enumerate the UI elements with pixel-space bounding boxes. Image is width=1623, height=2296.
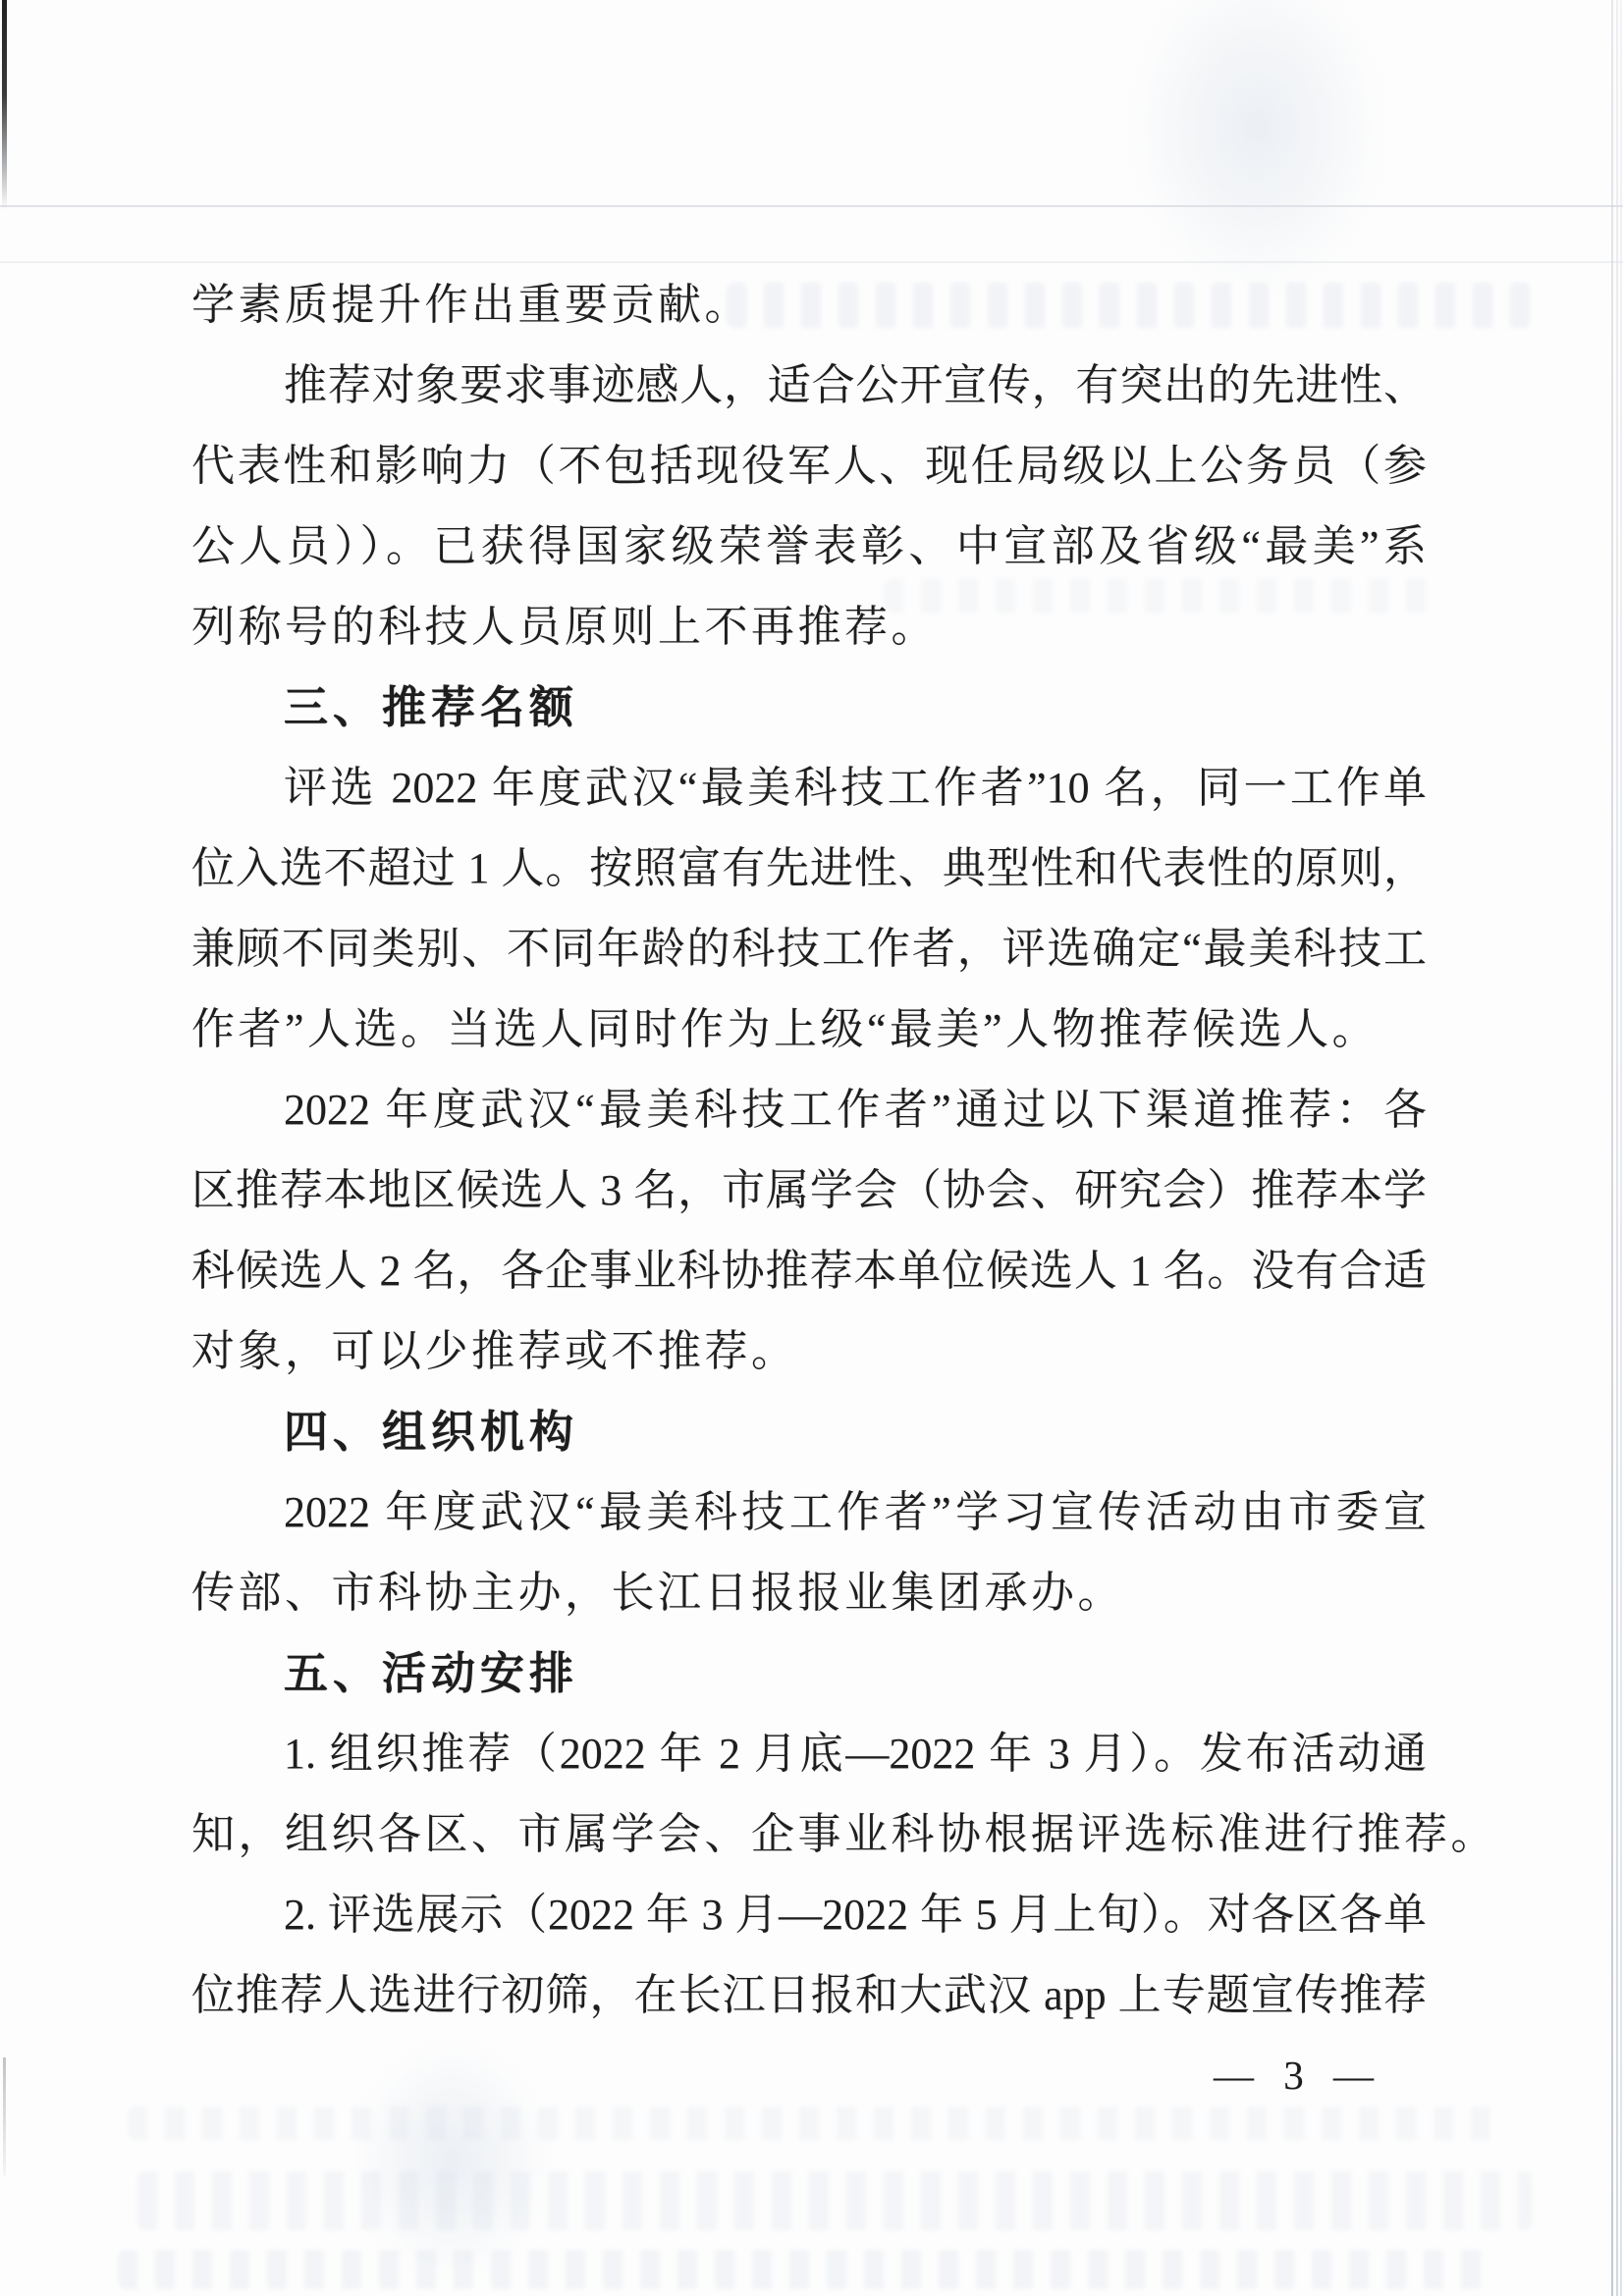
scan-edge-line-right-1 xyxy=(1611,0,1613,2296)
text-line: 学素质提升作出重要贡献。 xyxy=(191,265,1427,346)
text-line: 知，组织各区、市属学会、企事业科协根据评选标准进行推荐。 xyxy=(191,1794,1427,1875)
text-line: 2022 年度武汉“最美科技工作者”学习宣传活动由市委宣 xyxy=(191,1472,1427,1553)
bleedthrough-smudge-bottom xyxy=(353,2042,550,2277)
text-line: 科候选人 2 名，各企事业科协推荐本单位候选人 1 名。没有合适 xyxy=(191,1231,1427,1311)
text-line: 1. 组织推荐（2022 年 2 月底—2022 年 3 月）。发布活动通 xyxy=(191,1714,1427,1794)
text-line: 推荐对象要求事迹感人，适合公开宣传，有突出的先进性、 xyxy=(191,346,1427,426)
scan-edge-line-left-bottom xyxy=(3,2057,6,2175)
section-heading-five: 五、活动安排 xyxy=(191,1633,1427,1714)
bleedthrough-row-4 xyxy=(137,2171,1532,2230)
text-line: 2022 年度武汉“最美科技工作者”通过以下渠道推荐：各 xyxy=(191,1070,1427,1150)
text-line: 位入选不超过 1 人。按照富有先进性、典型性和代表性的原则， xyxy=(191,828,1427,909)
text-line: 2. 评选展示（2022 年 3 月—2022 年 5 月上旬）。对各区各单 xyxy=(191,1875,1427,1955)
bleedthrough-row-3 xyxy=(128,2107,1502,2140)
text-line: 评选 2022 年度武汉“最美科技工作者”10 名，同一工作单 xyxy=(191,748,1427,828)
bleedthrough-smudge-top xyxy=(1129,0,1384,294)
scanned-document-page: 学素质提升作出重要贡献。 推荐对象要求事迹感人，适合公开宣传，有突出的先进性、 … xyxy=(0,0,1623,2296)
text-line: 公人员））。已获得国家级荣誉表彰、中宣部及省级“最美”系 xyxy=(191,507,1427,587)
scan-edge-line-right-2 xyxy=(1616,0,1618,2296)
text-line: 传部、市科协主办，长江日报报业集团承办。 xyxy=(191,1553,1427,1633)
scan-edge-line-left-top xyxy=(2,0,7,210)
page-number: — 3 — xyxy=(1214,2050,1383,2101)
text-line: 作者”人选。当选人同时作为上级“最美”人物推荐候选人。 xyxy=(191,989,1427,1070)
section-heading-three: 三、推荐名额 xyxy=(191,667,1427,748)
text-line: 区推荐本地区候选人 3 名，市属学会（协会、研究会）推荐本学 xyxy=(191,1150,1427,1231)
document-body: 学素质提升作出重要贡献。 推荐对象要求事迹感人，适合公开宣传，有突出的先进性、 … xyxy=(191,265,1427,2036)
scan-hairline-top-1 xyxy=(0,205,1623,207)
text-line: 对象，可以少推荐或不推荐。 xyxy=(191,1311,1427,1392)
scan-hairline-top-2 xyxy=(0,261,1623,263)
text-line: 代表性和影响力（不包括现役军人、现任局级以上公务员（参 xyxy=(191,426,1427,507)
text-line: 兼顾不同类别、不同年龄的科技工作者，评选确定“最美科技工 xyxy=(191,909,1427,989)
bleedthrough-row-5 xyxy=(118,2250,1492,2289)
text-line: 列称号的科技人员原则上不再推荐。 xyxy=(191,587,1427,667)
scan-edge-line-right-3 xyxy=(1620,0,1622,2296)
text-line: 位推荐人选进行初筛，在长江日报和大武汉 app 上专题宣传推荐 xyxy=(191,1955,1427,2036)
section-heading-four: 四、组织机构 xyxy=(191,1392,1427,1472)
